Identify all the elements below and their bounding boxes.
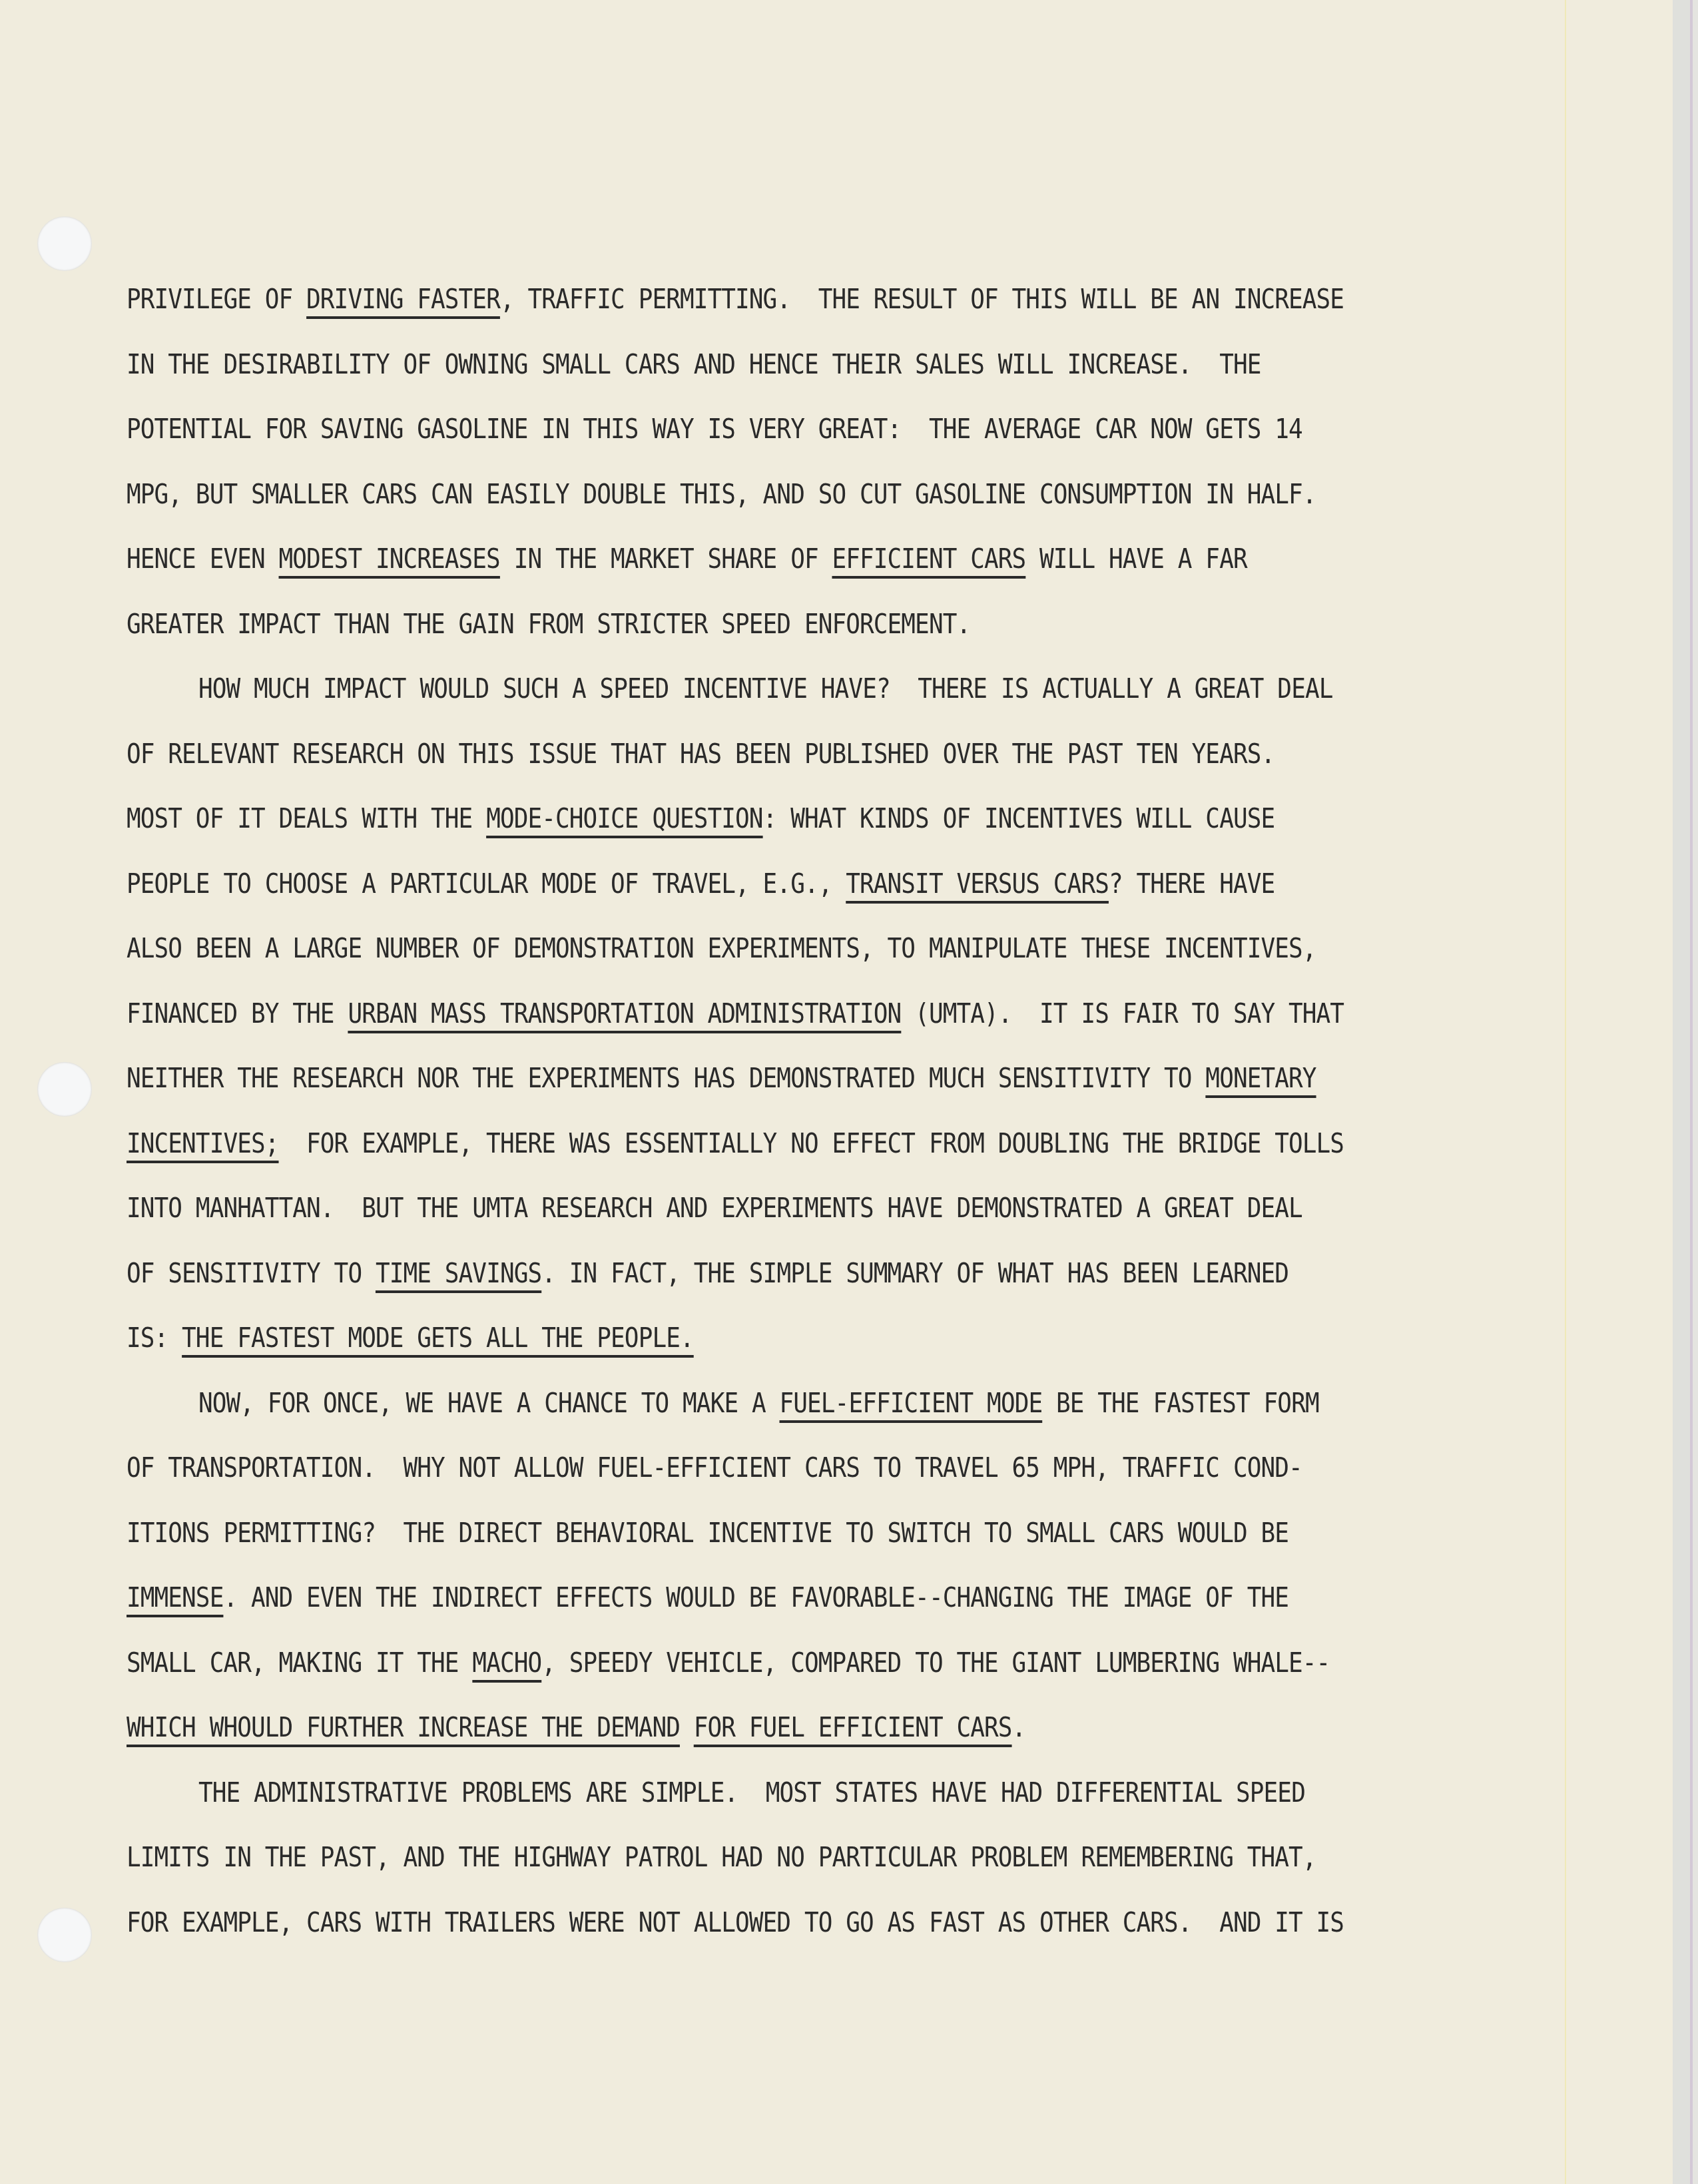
- text-segment: ? THERE HAVE: [1109, 869, 1274, 900]
- text-segment: HOW MUCH IMPACT WOULD SUCH A SPEED INCEN…: [198, 674, 1332, 704]
- underlined-phrase: DRIVING FASTER: [306, 284, 500, 315]
- text-segment: IN THE DESIRABILITY OF OWNING SMALL CARS…: [127, 350, 1261, 380]
- margin-line: [1565, 0, 1566, 2184]
- text-line: OF RELEVANT RESEARCH ON THIS ISSUE THAT …: [127, 734, 1451, 800]
- text-segment: LIMITS IN THE PAST, AND THE HIGHWAY PATR…: [127, 1842, 1316, 1873]
- underlined-phrase: MACHO: [472, 1648, 541, 1679]
- text-segment: INTO MANHATTAN. BUT THE UMTA RESEARCH AN…: [127, 1193, 1302, 1224]
- punch-hole-bottom: [37, 1908, 92, 1962]
- underlined-phrase: FOR FUEL EFFICIENT CARS: [694, 1713, 1012, 1743]
- text-segment: . AND EVEN THE INDIRECT EFFECTS WOULD BE…: [223, 1583, 1288, 1613]
- underlined-phrase: IMMENSE: [127, 1583, 223, 1613]
- text-segment: THE ADMINISTRATIVE PROBLEMS ARE SIMPLE. …: [198, 1778, 1305, 1808]
- page-edge-outer: [1693, 0, 1698, 2184]
- text-line: FOR EXAMPLE, CARS WITH TRAILERS WERE NOT…: [127, 1903, 1451, 1968]
- text-segment: [680, 1713, 694, 1743]
- text-segment: SMALL CAR, MAKING IT THE: [127, 1648, 472, 1679]
- text-segment: .: [1012, 1713, 1026, 1743]
- text-segment: FINANCED BY THE: [127, 999, 348, 1029]
- text-segment: IS:: [127, 1323, 182, 1354]
- text-segment: OF SENSITIVITY TO: [127, 1258, 376, 1289]
- punch-hole-top: [37, 216, 92, 271]
- text-segment: POTENTIAL FOR SAVING GASOLINE IN THIS WA…: [127, 414, 1302, 445]
- text-line: NOW, FOR ONCE, WE HAVE A CHANCE TO MAKE …: [127, 1384, 1451, 1449]
- underlined-phrase: MODE-CHOICE QUESTION: [486, 804, 762, 834]
- text-segment: : WHAT KINDS OF INCENTIVES WILL CAUSE: [763, 804, 1275, 834]
- text-line: MOST OF IT DEALS WITH THE MODE-CHOICE QU…: [127, 799, 1451, 864]
- text-line: GREATER IMPACT THAN THE GAIN FROM STRICT…: [127, 605, 1451, 670]
- text-segment: NOW, FOR ONCE, WE HAVE A CHANCE TO MAKE …: [198, 1388, 780, 1419]
- text-line: ALSO BEEN A LARGE NUMBER OF DEMONSTRATIO…: [127, 929, 1451, 994]
- text-line: NEITHER THE RESEARCH NOR THE EXPERIMENTS…: [127, 1059, 1451, 1124]
- underlined-phrase: FUEL-EFFICIENT MODE: [780, 1388, 1043, 1419]
- text-line: THE ADMINISTRATIVE PROBLEMS ARE SIMPLE. …: [127, 1773, 1451, 1838]
- text-line: HOW MUCH IMPACT WOULD SUCH A SPEED INCEN…: [127, 669, 1451, 734]
- text-segment: ALSO BEEN A LARGE NUMBER OF DEMONSTRATIO…: [127, 934, 1316, 964]
- text-line: IN THE DESIRABILITY OF OWNING SMALL CARS…: [127, 345, 1451, 410]
- text-segment: HENCE EVEN: [127, 544, 279, 575]
- text-line: MPG, BUT SMALLER CARS CAN EASILY DOUBLE …: [127, 475, 1451, 540]
- underlined-phrase: TRANSIT VERSUS CARS: [846, 869, 1109, 900]
- underlined-phrase: INCENTIVES;: [127, 1129, 279, 1159]
- text-line: FINANCED BY THE URBAN MASS TRANSPORTATIO…: [127, 994, 1451, 1059]
- underlined-phrase: EFFICIENT CARS: [832, 544, 1025, 575]
- text-segment: PRIVILEGE OF: [127, 284, 306, 315]
- text-line: IS: THE FASTEST MODE GETS ALL THE PEOPLE…: [127, 1318, 1451, 1384]
- text-segment: , SPEEDY VEHICLE, COMPARED TO THE GIANT …: [541, 1648, 1330, 1679]
- underlined-phrase: MODEST INCREASES: [279, 544, 500, 575]
- punch-hole-middle: [37, 1062, 92, 1117]
- text-segment: WILL HAVE A FAR: [1025, 544, 1247, 575]
- text-line: LIMITS IN THE PAST, AND THE HIGHWAY PATR…: [127, 1838, 1451, 1903]
- text-segment: BE THE FASTEST FORM: [1042, 1388, 1318, 1419]
- text-line: HENCE EVEN MODEST INCREASES IN THE MARKE…: [127, 539, 1451, 605]
- underlined-phrase: MONETARY: [1205, 1063, 1316, 1094]
- underlined-phrase: URBAN MASS TRANSPORTATION ADMINISTRATION: [348, 999, 901, 1029]
- text-line: ITIONS PERMITTING? THE DIRECT BEHAVIORAL…: [127, 1513, 1451, 1579]
- underlined-phrase: WHICH WHOULD FURTHER INCREASE THE DEMAND: [127, 1713, 680, 1743]
- text-segment: . IN FACT, THE SIMPLE SUMMARY OF WHAT HA…: [541, 1258, 1288, 1289]
- page-edge: [1673, 0, 1690, 2184]
- text-line: PEOPLE TO CHOOSE A PARTICULAR MODE OF TR…: [127, 864, 1451, 930]
- text-line: OF TRANSPORTATION. WHY NOT ALLOW FUEL-EF…: [127, 1448, 1451, 1513]
- text-segment: , TRAFFIC PERMITTING. THE RESULT OF THIS…: [500, 284, 1344, 315]
- text-segment: FOR EXAMPLE, THERE WAS ESSENTIALLY NO EF…: [279, 1129, 1344, 1159]
- document-body: PRIVILEGE OF DRIVING FASTER, TRAFFIC PER…: [127, 280, 1451, 1968]
- text-segment: NEITHER THE RESEARCH NOR THE EXPERIMENTS…: [127, 1063, 1205, 1094]
- text-line: SMALL CAR, MAKING IT THE MACHO, SPEEDY V…: [127, 1643, 1451, 1709]
- text-segment: OF TRANSPORTATION. WHY NOT ALLOW FUEL-EF…: [127, 1453, 1302, 1484]
- text-line: INTO MANHATTAN. BUT THE UMTA RESEARCH AN…: [127, 1189, 1451, 1254]
- text-segment: (UMTA). IT IS FAIR TO SAY THAT: [901, 999, 1344, 1029]
- text-line: WHICH WHOULD FURTHER INCREASE THE DEMAND…: [127, 1708, 1451, 1773]
- text-segment: IN THE MARKET SHARE OF: [500, 544, 832, 575]
- text-segment: GREATER IMPACT THAN THE GAIN FROM STRICT…: [127, 609, 970, 640]
- text-segment: OF RELEVANT RESEARCH ON THIS ISSUE THAT …: [127, 739, 1274, 770]
- text-line: INCENTIVES; FOR EXAMPLE, THERE WAS ESSEN…: [127, 1124, 1451, 1189]
- text-segment: MOST OF IT DEALS WITH THE: [127, 804, 486, 834]
- text-line: IMMENSE. AND EVEN THE INDIRECT EFFECTS W…: [127, 1578, 1451, 1643]
- text-line: OF SENSITIVITY TO TIME SAVINGS. IN FACT,…: [127, 1254, 1451, 1319]
- text-line: POTENTIAL FOR SAVING GASOLINE IN THIS WA…: [127, 409, 1451, 475]
- text-segment: PEOPLE TO CHOOSE A PARTICULAR MODE OF TR…: [127, 869, 846, 900]
- text-line: PRIVILEGE OF DRIVING FASTER, TRAFFIC PER…: [127, 280, 1451, 345]
- underlined-phrase: THE FASTEST MODE GETS ALL THE PEOPLE.: [182, 1323, 694, 1354]
- text-segment: FOR EXAMPLE, CARS WITH TRAILERS WERE NOT…: [127, 1908, 1344, 1938]
- underlined-phrase: TIME SAVINGS: [376, 1258, 541, 1289]
- text-segment: ITIONS PERMITTING? THE DIRECT BEHAVIORAL…: [127, 1518, 1288, 1549]
- text-segment: MPG, BUT SMALLER CARS CAN EASILY DOUBLE …: [127, 479, 1316, 510]
